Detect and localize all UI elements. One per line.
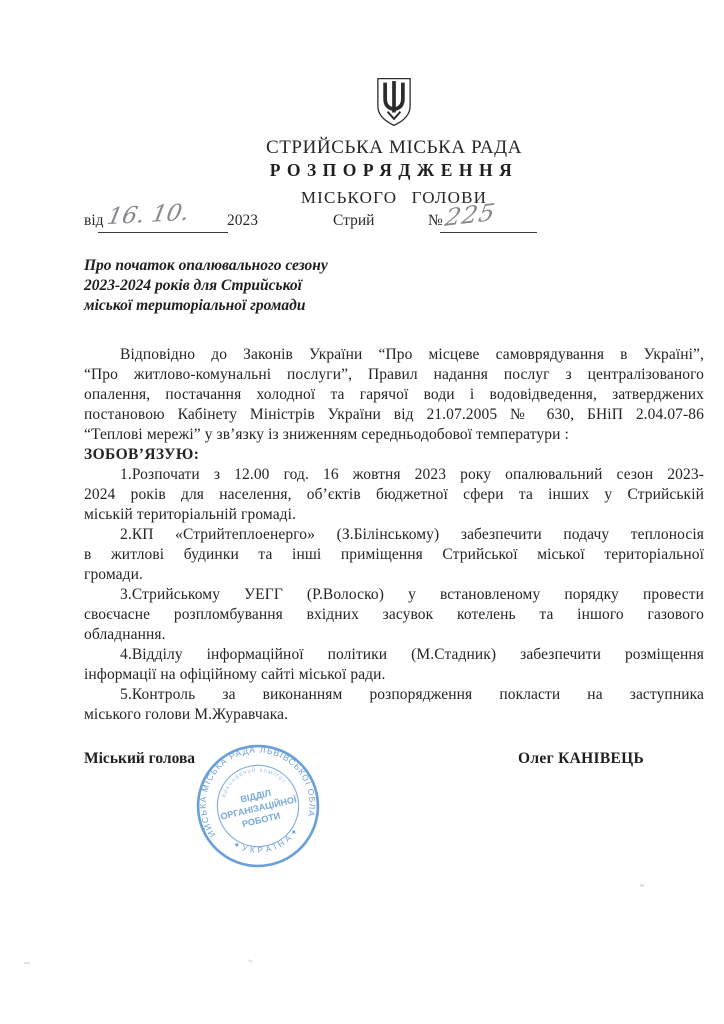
body-line: 1.Розпочати з 12.00 год. 16 жовтня 2023 … (84, 465, 704, 485)
subject-line: Про початок опалювального сезону (84, 256, 444, 276)
document-body: Відповідно до Законів України “Про місце… (84, 345, 704, 725)
subject-line: 2023-2024 років для Стрийської (84, 276, 444, 296)
signature-name: Олег КАНІВЕЦЬ (518, 750, 644, 768)
trident-emblem-icon (371, 77, 417, 127)
subject-line: міської територіальної громади (84, 296, 444, 316)
scanned-document-page: СТРИЙСЬКА МІСЬКА РАДА РОЗПОРЯДЖЕННЯ МІСЬ… (0, 0, 724, 1024)
official-stamp: СТРИЙСЬКА МІСЬКА РАДА ЛЬВІВСЬКОЇ ОБЛАСТІ… (194, 742, 322, 870)
body-line: 3.Стрийському УЕГГ (Р.Волоско) у встанов… (84, 585, 704, 605)
meta-number-label: № (428, 212, 443, 230)
scan-speck (640, 884, 644, 887)
body-line: опалення, постачання холодної та гарячої… (84, 385, 704, 405)
doc-type-title: РОЗПОРЯДЖЕННЯ (84, 160, 704, 181)
obligate-heading: ЗОБОВ’ЯЗУЮ: (84, 445, 704, 465)
body-line: обладнання. (84, 625, 704, 645)
body-line: в житлові будинки та інші приміщення Стр… (84, 545, 704, 565)
body-line: міській територіальній громаді. (84, 505, 704, 525)
number-underline (440, 232, 537, 233)
body-line: “Про житлово-комунальні послуги”, Правил… (84, 365, 704, 385)
body-line: громади. (84, 565, 704, 585)
body-line: Відповідно до Законів України “Про місце… (84, 345, 704, 365)
org-name-title: СТРИЙСЬКА МІСЬКА РАДА (84, 137, 704, 159)
body-line: постановою Кабінету Міністрів України ві… (84, 405, 704, 425)
meta-city: Стрий (333, 212, 374, 230)
body-line: 2024 років для населення, об’єктів бюдже… (84, 485, 704, 505)
scan-speck (248, 959, 253, 963)
body-line: 4.Відділу інформаційної політики (М.Стад… (84, 645, 704, 665)
date-underline (98, 232, 228, 233)
meta-date-handwritten: 16. 10. (105, 200, 192, 230)
body-line: “Теплові мережі” у зв’язку із зниженням … (84, 425, 704, 445)
body-line: інформації на офіційному сайті міської р… (84, 665, 704, 685)
body-line: своєчасне розпломбування вхідних засувок… (84, 605, 704, 625)
subject-block: Про початок опалювального сезону 2023-20… (84, 256, 444, 316)
scan-speck (24, 962, 30, 964)
meta-from-label: від (84, 212, 104, 230)
body-line: міського голови М.Журавчака. (84, 705, 704, 725)
meta-line: від 16. 10. 2023 Стрий № 225 (84, 210, 704, 238)
signature-row: Міський голова Олег КАНІВЕЦЬ (84, 750, 704, 768)
body-line: 5.Контроль за виконанням розпорядження п… (84, 685, 704, 705)
meta-year: 2023 (227, 212, 258, 230)
body-line: 2.КП «Стрийтеплоенерго» (З.Білінському) … (84, 525, 704, 545)
signature-position: Міський голова (84, 750, 195, 768)
meta-number-handwritten: 225 (443, 198, 498, 232)
